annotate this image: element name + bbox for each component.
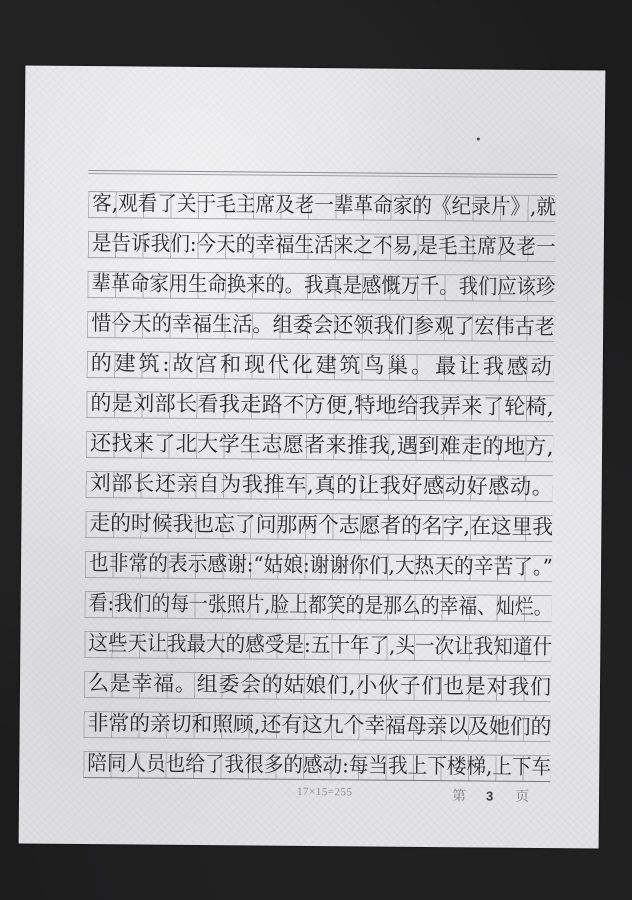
handwritten-line: 么是幸福。组委会的姑娘们,小伙子们也是对我们 xyxy=(88,668,552,702)
handwritten-line: 还找来了北大学生志愿者来推我,遇到难走的地方, xyxy=(90,428,554,462)
letter-page: 客,观看了关于毛主席及老一辈革命家的《纪录片》,就 是告诉我们:今天的幸福生活来… xyxy=(19,65,606,848)
line-text: 辈革命家用生命换来的。我真是感慨万千。我们应该珍 xyxy=(91,268,555,302)
handwritten-line: 看:我们的每一张照片,脸上都笑的是那么的幸福、灿烂。 xyxy=(89,588,553,622)
line-text: 是告诉我们:今天的幸福生活来之不易,是毛主席及老一 xyxy=(92,228,556,262)
page-prefix: 第 xyxy=(452,788,466,804)
line-text: 走的时候我也忘了问那两个志愿者的名字,在这里我 xyxy=(89,508,553,542)
line-text: 也非常的表示感谢:“姑娘:谢谢你们,大热天的辛苦了。” xyxy=(89,548,553,582)
handwritten-line: 刘部长还亲自为我推车,真的让我好感动好感动。 xyxy=(90,468,554,502)
page-suffix: 页 xyxy=(515,789,529,805)
line-text: 的建筑:故宫和现代化建筑鸟巢。最让我感动 xyxy=(91,348,555,382)
line-text: 还找来了北大学生志愿者来推我,遇到难走的地方, xyxy=(90,428,554,462)
line-text: 惜今天的幸福生活。组委会还领我们参观了宏伟古老 xyxy=(91,308,555,342)
handwritten-line: 非常的亲切和照顾,还有这九个幸福母亲以及她们的 xyxy=(88,708,552,742)
handwritten-line: 走的时候我也忘了问那两个志愿者的名字,在这里我 xyxy=(89,508,553,542)
handwritten-line: 也非常的表示感谢:“姑娘:谢谢你们,大热天的辛苦了。” xyxy=(89,548,553,582)
line-text: 的是刘部长看我走路不方便,特地给我弄来了轮椅, xyxy=(90,388,554,422)
handwritten-line: 客,观看了关于毛主席及老一辈革命家的《纪录片》,就 xyxy=(92,188,556,222)
handwritten-line: 是告诉我们:今天的幸福生活来之不易,是毛主席及老一 xyxy=(92,228,556,262)
handwritten-line: 辈革命家用生命换来的。我真是感慨万千。我们应该珍 xyxy=(91,268,555,302)
line-text: 陪同人员也给了我很多的感动:每当我上下楼梯,上下车 xyxy=(87,748,551,782)
page-number: 3 xyxy=(486,789,493,804)
handwritten-line: 的是刘部长看我走路不方便,特地给我弄来了轮椅, xyxy=(90,388,554,422)
line-text: 看:我们的每一张照片,脸上都笑的是那么的幸福、灿烂。 xyxy=(89,588,553,622)
line-text: 么是幸福。组委会的姑娘们,小伙子们也是对我们 xyxy=(88,668,552,702)
handwritten-line: 陪同人员也给了我很多的感动:每当我上下楼梯,上下车 xyxy=(87,748,551,782)
page-number-label: 第3页 xyxy=(452,785,529,806)
line-text: 刘部长还亲自为我推车,真的让我好感动好感动。 xyxy=(90,468,554,502)
handwritten-line: 的建筑:故宫和现代化建筑鸟巢。最让我感动 xyxy=(91,348,555,382)
handwritten-line: 这些天让我最大的感受是:五十年了,头一次让我知道什 xyxy=(88,628,552,662)
grid-spec-label: 17×15=255 xyxy=(297,786,353,798)
line-text: 非常的亲切和照顾,还有这九个幸福母亲以及她们的 xyxy=(88,708,552,742)
handwritten-line: 惜今天的幸福生活。组委会还领我们参观了宏伟古老 xyxy=(91,308,555,342)
line-text: 客,观看了关于毛主席及老一辈革命家的《纪录片》,就 xyxy=(92,188,556,222)
line-text: 这些天让我最大的感受是:五十年了,头一次让我知道什 xyxy=(88,628,552,662)
paper-speck xyxy=(477,137,480,140)
